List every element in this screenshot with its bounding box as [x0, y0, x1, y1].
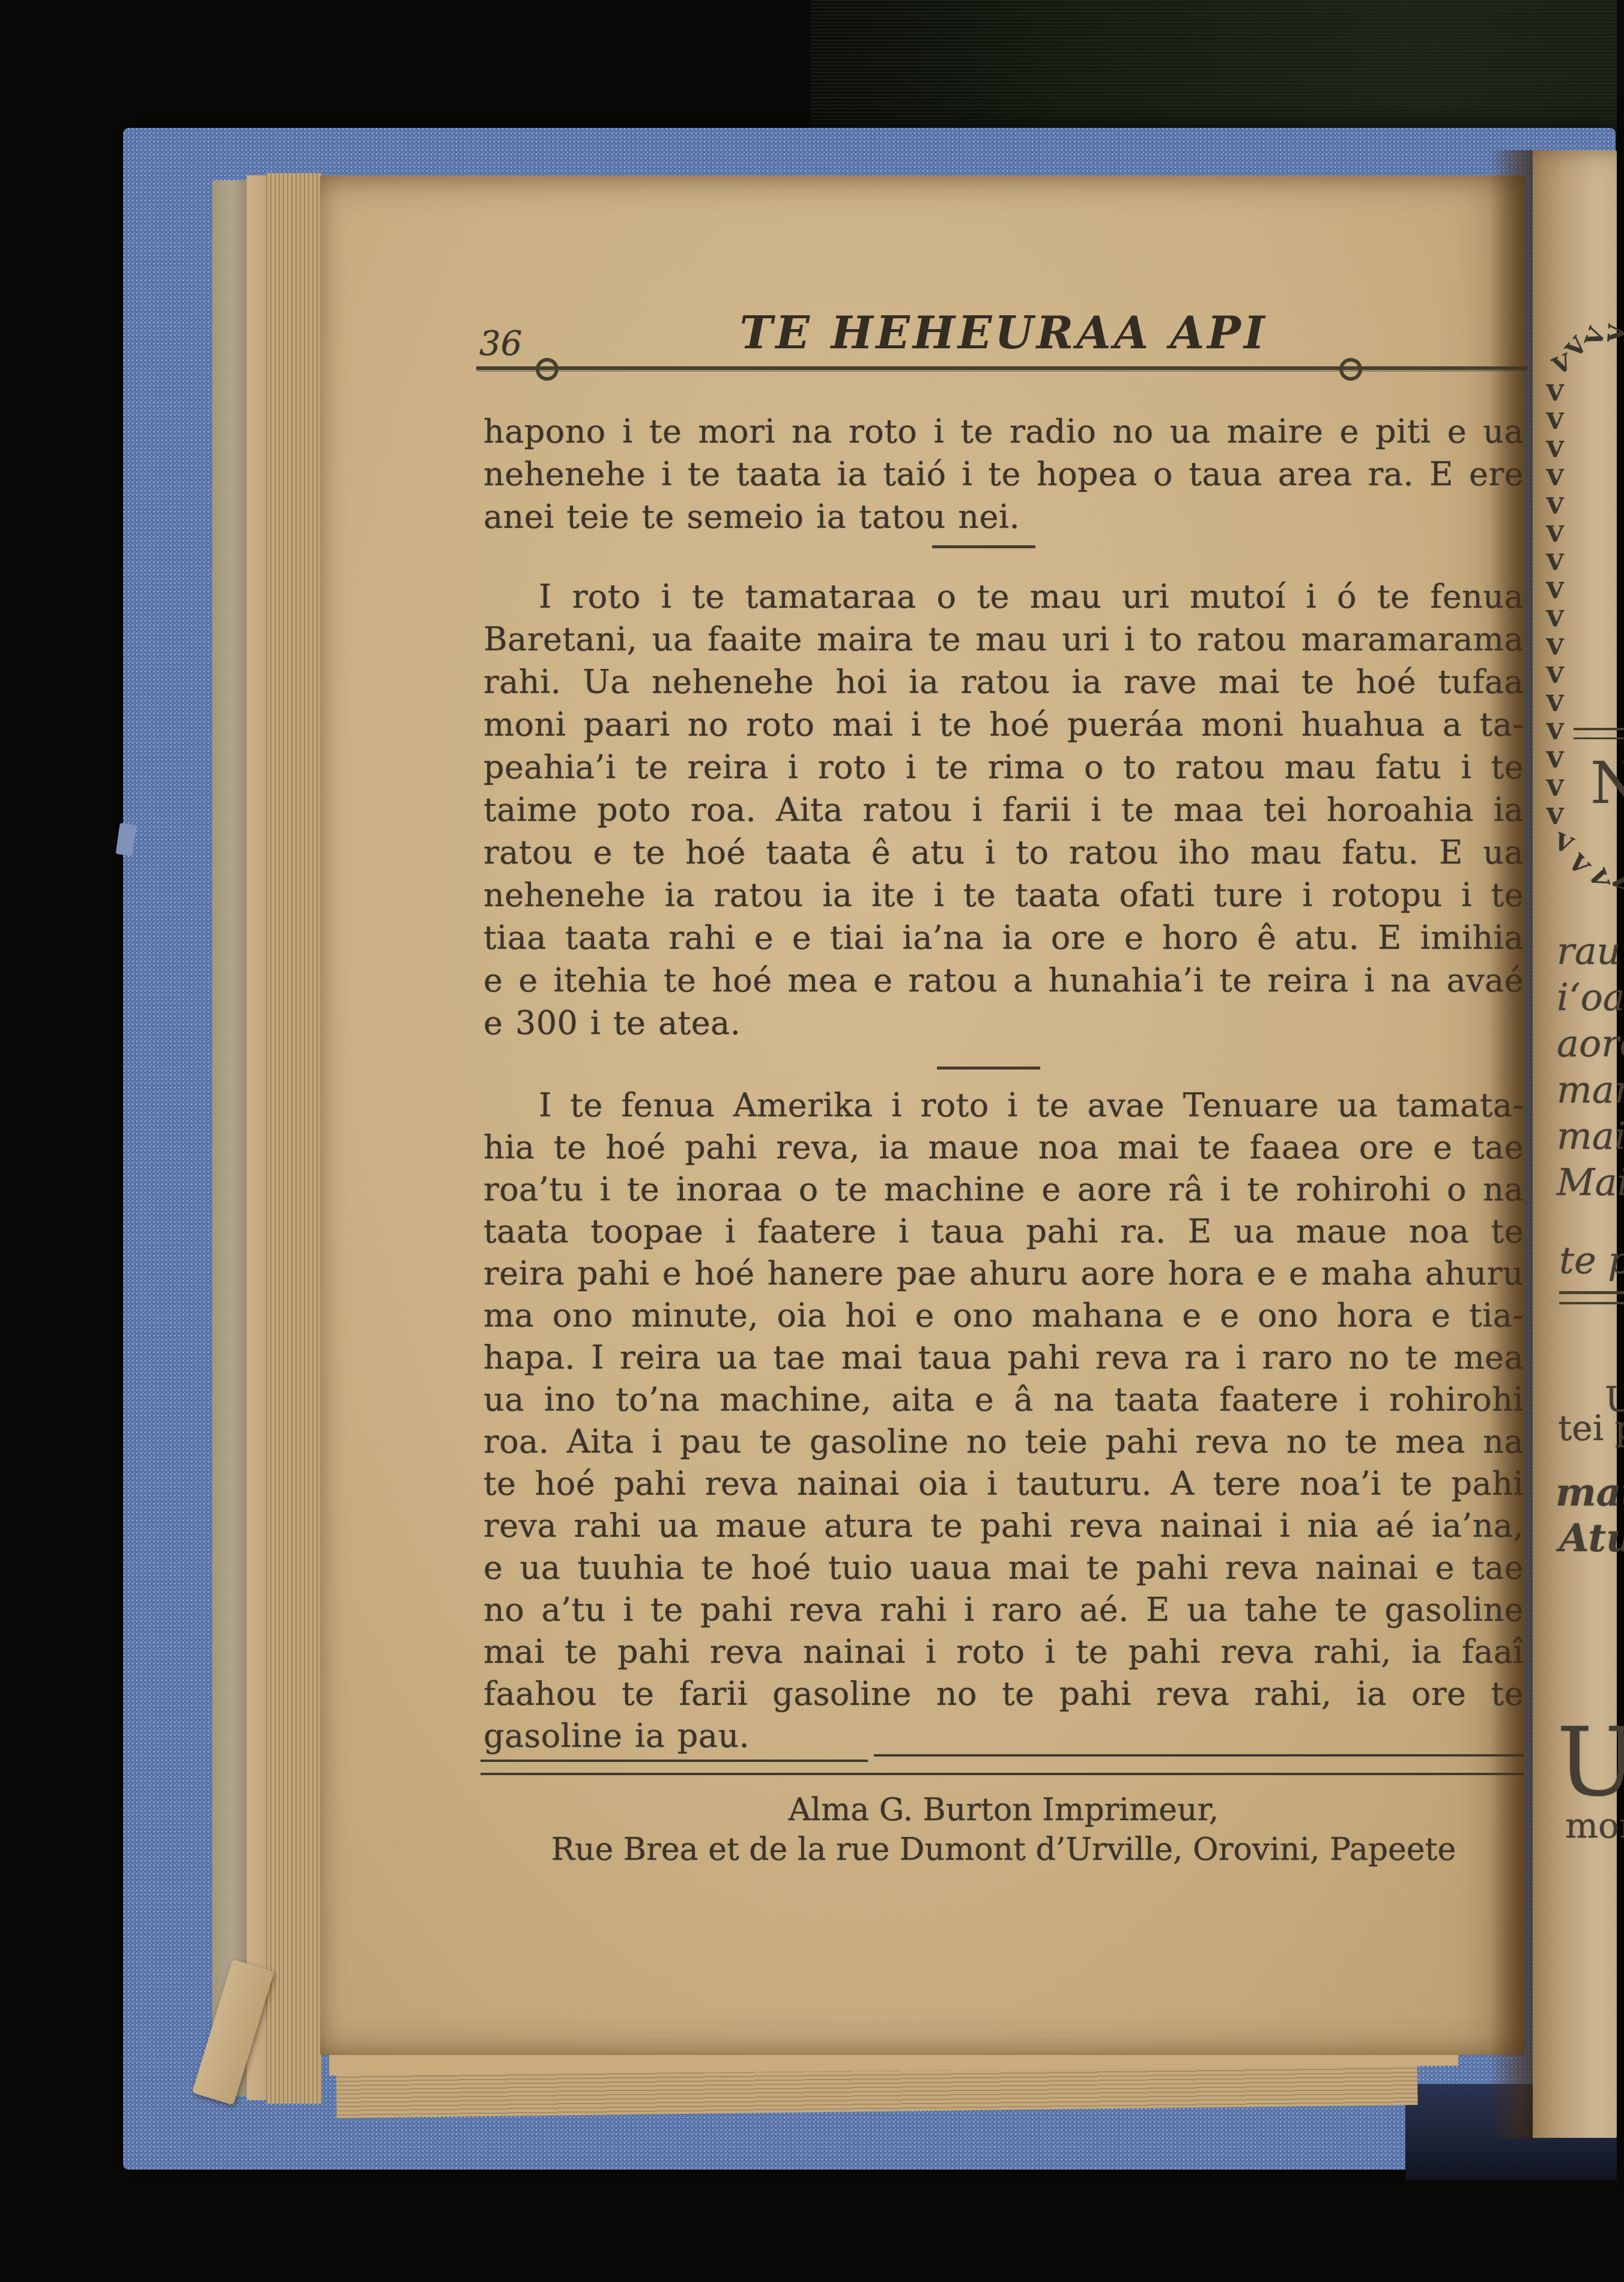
text-line: te hoé pahi reva nainai oia i tauturu. A… — [483, 1463, 1524, 1505]
text-line: roa’tu i te inoraa o te machine e aore r… — [483, 1169, 1524, 1211]
right-page-fragment-te-pa: te pa — [1559, 1238, 1624, 1282]
paragraph-3: I te fenua Amerika i roto i te avae Tenu… — [483, 1085, 1524, 1757]
text-line: I te fenua Amerika i roto i te avae Tenu… — [483, 1085, 1524, 1127]
text-line: peahia’i te reira i roto i te rima o to … — [483, 746, 1524, 788]
footer-rule-lower — [480, 1773, 1524, 1775]
text-line: reva rahi ua maue atura te pahi reva nai… — [483, 1505, 1524, 1547]
text-line: rau i — [1557, 928, 1624, 974]
section-divider-2 — [937, 1067, 1040, 1070]
paragraph-1: hapono i te mori na roto i te radio no u… — [483, 410, 1524, 538]
right-page-dropcap-next-letter: I — [1616, 1725, 1624, 1787]
right-page-fragment-mato: mato — [1556, 1470, 1624, 1515]
text-line: mai — [1557, 1113, 1624, 1159]
footer-rule-upper-right — [874, 1754, 1524, 1757]
text-line: reira pahi e hoé hanere pae ahuru aore h… — [483, 1253, 1524, 1295]
text-line: Mait — [1557, 1159, 1624, 1205]
text-line: taime poto roa. Aita ratou i farii i te … — [483, 788, 1524, 831]
text-line: gasoline ia pau. — [483, 1715, 1524, 1757]
text-line: ma ono minute, oia hoi e ono mahana e e … — [483, 1295, 1524, 1337]
loose-leaf-edge — [212, 180, 248, 2096]
imprint-line-2: Rue Brea et de la rue Dumont d’Urville, … — [483, 1832, 1524, 1868]
text-line: ratou e te hoé taata ê atu i to ratou ih… — [483, 831, 1524, 874]
text-line: nehenehe i te taata ia taió i te hopea o… — [483, 453, 1524, 495]
right-page-fragment-atua: Atua — [1559, 1516, 1624, 1561]
imprint-line-1: Alma G. Burton Imprimeur, — [483, 1792, 1524, 1828]
text-line: taata toopae i faatere i taua pahi ra. E… — [483, 1211, 1524, 1253]
text-line: Baretani, ua faaite maira te mau uri i t… — [483, 618, 1524, 661]
text-line: hapa. I reira ua tae mai taua pahi reva … — [483, 1337, 1524, 1379]
text-line: mana — [1557, 1067, 1624, 1113]
section-divider-1 — [932, 545, 1035, 548]
right-page-fragment-mona: mona — [1565, 1805, 1624, 1846]
text-line: ua ino to’na machine, aita e â na taata … — [483, 1379, 1524, 1421]
text-line: hapono i te mori na roto i te radio no u… — [483, 410, 1524, 453]
leaf-edge — [247, 175, 267, 2100]
text-line: nehenehe ia ratou ia ite i te taata ofat… — [483, 874, 1524, 916]
text-line: roa. Aita i pau te gasoline no teie pahi… — [483, 1421, 1524, 1463]
right-page-rule-fragment — [1574, 728, 1624, 739]
text-line: aore — [1557, 1020, 1624, 1067]
right-page-heavy-rule-fragment — [1559, 1291, 1624, 1304]
header-rule — [476, 366, 1527, 370]
text-line: anei teie te semeio ia tatou nei. — [483, 495, 1524, 538]
text-line: mai te pahi reva nainai i roto i te pahi… — [483, 1631, 1524, 1673]
text-line: I roto i te tamataraa o te mau uri mutoí… — [483, 575, 1524, 618]
text-line: moni paari no roto mai i te hoé pueráa m… — [483, 703, 1524, 746]
text-line: tiaa taata rahi e e tiai ia’na ia ore e … — [483, 916, 1524, 959]
right-page-dropcap: U — [1557, 1715, 1624, 1810]
text-line: e ua tuuhia te hoé tuio uaua mai te pahi… — [483, 1547, 1524, 1589]
right-page-fragment-tei-pa: tei pa — [1558, 1408, 1624, 1448]
text-line: faahou te farii gasoline no te pahi reva… — [483, 1673, 1524, 1715]
footer-rule-upper-left — [480, 1760, 868, 1762]
right-page-capital: N — [1590, 749, 1624, 817]
paragraph-2: I roto i te tamataraa o te mau uri mutoí… — [483, 575, 1524, 1044]
page-stack-fore-edge — [266, 173, 322, 2104]
text-line: e e itehia te hoé mea e ratou a hunahia’… — [483, 959, 1524, 1002]
text-line: e 300 i te atea. — [483, 1002, 1524, 1044]
text-line: rahi. Ua nehenehe hoi ia ratou ia rave m… — [483, 661, 1524, 703]
right-page-italic-fragments: rau ii‘oaaoremanamaiMait — [1557, 928, 1624, 1205]
text-line: hia te hoé pahi reva, ia maue noa mai te… — [483, 1127, 1524, 1169]
text-line: i‘oa — [1557, 974, 1624, 1020]
page-title: TE HEHEURAA API — [483, 307, 1524, 359]
text-line: no a’tu i te pahi reva rahi i raro aé. E… — [483, 1589, 1524, 1631]
